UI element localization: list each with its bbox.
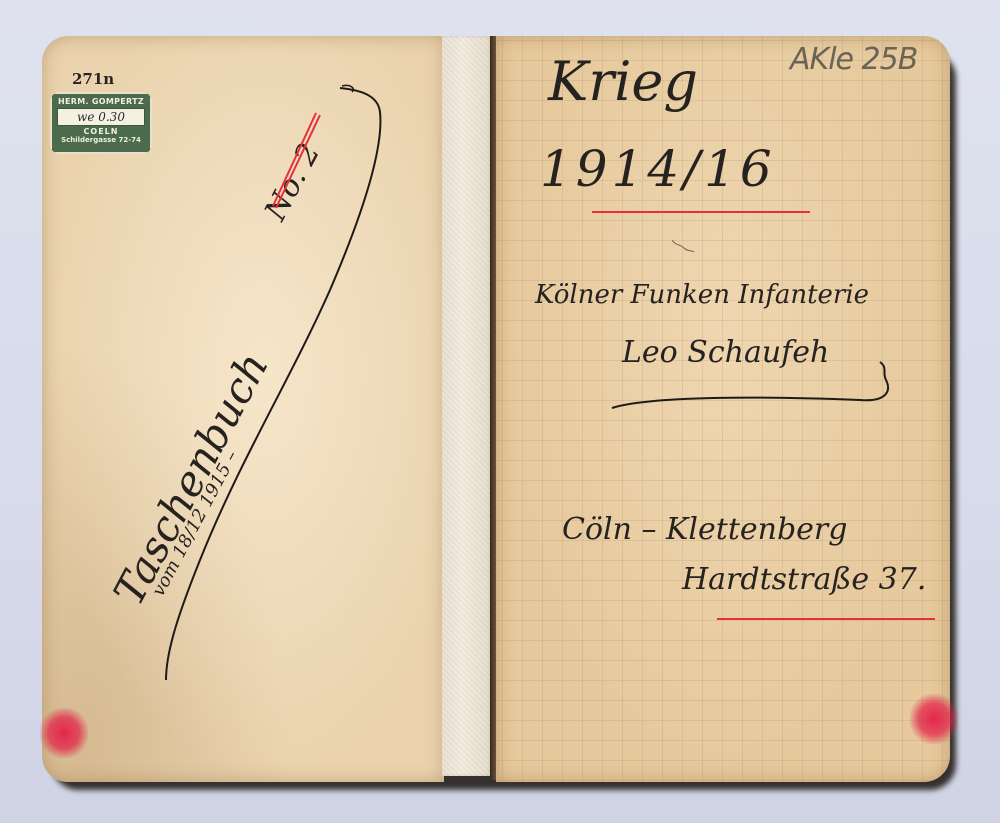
person-name: Leo Schaufeh bbox=[622, 335, 829, 370]
red-stain-bottom-right bbox=[910, 694, 958, 744]
stamp-number: 271n bbox=[72, 70, 114, 88]
heading-krieg: Krieg bbox=[548, 50, 698, 113]
shop-city: COELN bbox=[52, 127, 150, 136]
address-underline bbox=[717, 618, 935, 620]
address-city: Cöln – Klettenberg bbox=[562, 512, 847, 547]
shop-price: we 0.30 bbox=[57, 108, 145, 126]
heading-years: 1914/16 bbox=[540, 140, 776, 198]
red-stain-bottom-left bbox=[40, 708, 88, 758]
shop-label: HERM. GOMPERTZ we 0.30 COELN Schildergas… bbox=[50, 92, 152, 154]
address-street: Hardtstraße 37. bbox=[682, 562, 926, 597]
shop-name: HERM. GOMPERTZ bbox=[52, 97, 150, 106]
shop-street: Schildergasse 72-74 bbox=[52, 136, 150, 145]
unit-name: Kölner Funken Infanterie bbox=[535, 280, 869, 310]
years-underline bbox=[592, 211, 810, 213]
fabric-spine bbox=[442, 36, 492, 776]
catalog-mark: AKle 25B bbox=[790, 42, 917, 77]
